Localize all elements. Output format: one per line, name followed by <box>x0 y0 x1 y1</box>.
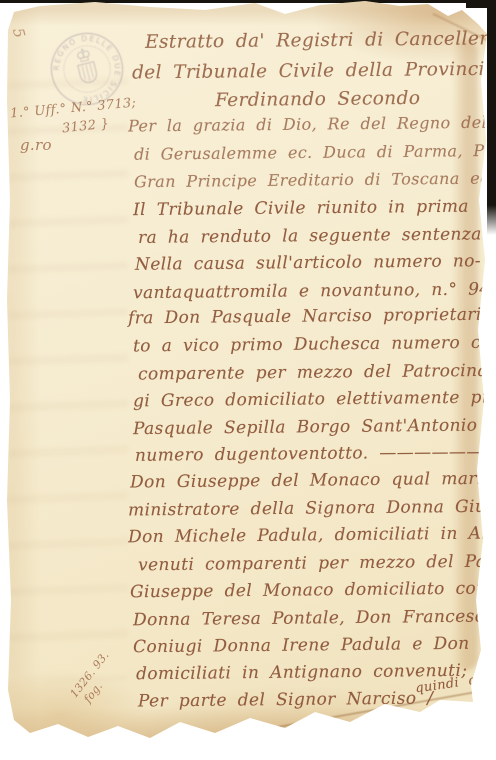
manuscript-line: Giuseppe del Monaco domiciliato come sop… <box>130 578 496 603</box>
manuscript-line: numero dugentoventotto. —————— <box>135 442 484 466</box>
manuscript-page: REGNO DELLE DUE SICILIE ♔ 5 1.° Uff.° N.… <box>0 0 496 760</box>
manuscript-line: Pasquale Sepilla Borgo Sant'Antonio Abat… <box>133 415 496 439</box>
manuscript-line: Ferdinando Secondo <box>215 88 421 111</box>
manuscript-line: ministratore della Signora Donna Giusepp… <box>128 495 496 520</box>
manuscript-line: del Tribunale Civile della Provincia di … <box>132 58 496 84</box>
manuscript-line: Per la grazia di Dio, Re del Regno delle… <box>128 111 496 135</box>
manuscript-line: comparente per mezzo del Patrocinatore D… <box>138 359 496 384</box>
manuscript-line: Don Giuseppe del Monaco qual marito e le… <box>130 467 496 492</box>
manuscript-line: vantaquattromila e novantuno, n.° 94091 … <box>133 279 496 303</box>
manuscript-line: gi Greco domiciliato elettivamente press… <box>133 387 496 412</box>
manuscript-line: Gran Principe Ereditario di Toscana ec. … <box>134 168 496 192</box>
manuscript-line: Estratto da' Registri di Cancelleria <box>145 28 496 53</box>
photo-background-top <box>0 0 496 3</box>
manuscript-line: venuti comparenti per mezzo del Patrocin… <box>138 551 496 576</box>
photo-background-right <box>487 0 496 235</box>
manuscript-line: Per parte del Signor Narciso / <box>138 688 434 711</box>
office-note-line3: g.ro <box>20 136 52 154</box>
manuscript-line: fra Don Pasquale Narciso proprietario do… <box>128 304 496 329</box>
manuscript-line: Nella causa sull'articolo numero no- <box>135 251 481 275</box>
manuscript-line: Don Michele Padula, domiciliati in Antig… <box>128 523 496 548</box>
manuscript-line: di Gerusalemme ec. Duca di Parma, Piacen… <box>134 139 496 163</box>
corner-mark: 5 <box>9 26 29 40</box>
manuscript-line: Il Tribunale Civile riunito in prima Cam… <box>133 196 496 220</box>
manuscript-line: to a vico primo Duchesca numero cinque, … <box>133 332 496 357</box>
manuscript-line: Donna Teresa Pontale, Don Francesco Padu… <box>133 606 496 631</box>
right-edge-stain <box>452 40 478 670</box>
manuscript-line: Coniugi Donna Irene Padula e Don Carlo P… <box>133 633 496 658</box>
manuscript-line: ra ha renduto la seguente sentenza. — <box>138 224 496 248</box>
